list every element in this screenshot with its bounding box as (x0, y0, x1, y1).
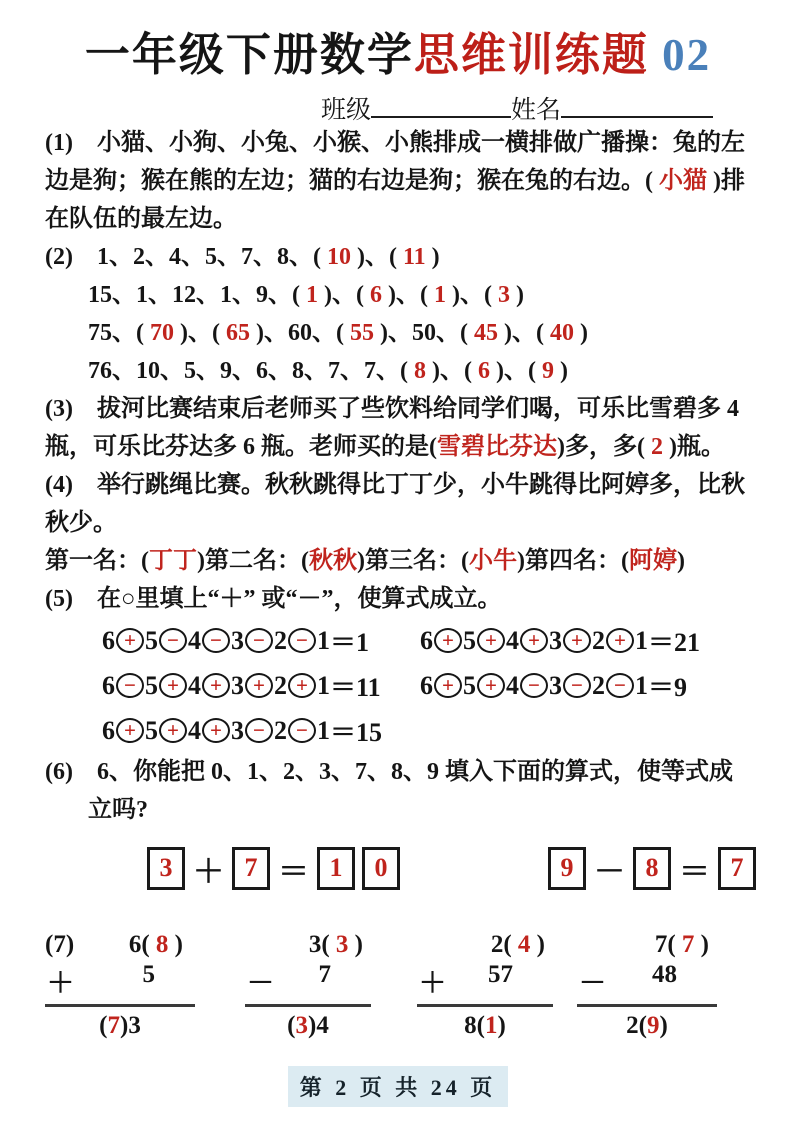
page-title: 一年级下册数学思维训练题 02 (45, 24, 751, 86)
text-run: ) (426, 244, 440, 270)
vertical-problem-4: 7( 7 ) － 48 2( 9 ) (577, 931, 717, 1040)
equation-number: 2 (274, 671, 287, 701)
digit-box-answer: 7 (718, 847, 756, 890)
circled-operator-answer: − (520, 673, 548, 698)
answer-text: 1 (306, 282, 318, 308)
answer-text: 阿婷 (629, 548, 677, 574)
answer-digit: 9 (647, 1012, 660, 1040)
name-blank-line (561, 91, 713, 118)
text-run: )第四名：( (517, 548, 629, 574)
vertical-result-line: ( 7 )3 (45, 1007, 195, 1040)
problem-2-line-3: 75、( 70 )、( 65 )、60、( 55 )、50、( 45 )、( 4… (45, 314, 751, 352)
equation-number: 3 (231, 626, 244, 656)
answer-text: 11 (403, 244, 426, 270)
bottom-operand: 48 (652, 961, 677, 1000)
answer-text: 55 (350, 320, 374, 346)
bottom-operand: 5 (143, 961, 156, 1000)
problem-label: (7) (45, 931, 74, 959)
bottom-operand: 7 (319, 961, 332, 1000)
text-run: )4 (308, 1012, 329, 1040)
equation-number: 5 (463, 671, 476, 701)
equation-number: 6 (420, 671, 433, 701)
circled-operator-answer: + (477, 628, 505, 653)
text-run: )、60、( (250, 320, 350, 346)
text-run: 15、1、12、1、9、( (88, 282, 306, 308)
text-run: ) (348, 931, 363, 958)
operator: ＝ (278, 846, 309, 891)
problem-5: (5) 在○里填上“＋” 或“－”，使算式成立。 6+5−4−3−2−1＝1 6… (45, 580, 751, 753)
student-fields: 班级姓名 (45, 90, 751, 124)
vertical-top-line: 7( 7 ) (577, 931, 717, 959)
equation-number: 6 (102, 716, 115, 746)
equation-number: 1 (317, 626, 330, 656)
digit-box-answer: 1 (317, 847, 355, 890)
answer-text: 65 (226, 320, 250, 346)
problem-5-row-1: 6+5−4−3−2−1＝1 6+5+4+3+2+1＝21 (45, 618, 751, 663)
circled-operator-answer: − (288, 718, 316, 743)
text-run: )、( (382, 282, 434, 308)
circled-operator-answer: + (116, 718, 144, 743)
equation-number: 3 (549, 671, 562, 701)
equation-number: 4 (506, 671, 519, 701)
text-run: ( (287, 1012, 295, 1040)
answer-digit: 1 (485, 1012, 498, 1040)
equation-number: 6 (102, 671, 115, 701)
answer-digit: 3 (296, 1012, 309, 1040)
problem-1: (1) 小猫、小狗、小兔、小猴、小熊排成一横排做广播操：兔的左边是狗；猴在熊的左… (45, 124, 751, 238)
title-topic-part: 思维训练题 (414, 30, 649, 80)
answer-text: 40 (550, 320, 574, 346)
vertical-top-line: (7) 6( 8 ) (45, 931, 195, 959)
problem-2-line-1: (2) 1、2、4、5、7、8、( 10 )、( 11 ) (45, 238, 751, 276)
circled-operator-answer: − (202, 628, 230, 653)
circled-operator-answer: + (288, 673, 316, 698)
text-run: ) (498, 1012, 506, 1040)
text-run: (6) 6、你能把 0、1、2、3、7、8、9 填入下面的算式，使等式成立吗? (45, 759, 733, 823)
text-run: )、( (174, 320, 226, 346)
vertical-problem-1: (7) 6( 8 ) ＋ 5 ( 7 )3 (45, 931, 195, 1040)
vertical-operator-line: ＋ 5 (45, 959, 195, 1007)
equation-number: 1 (317, 716, 330, 746)
circled-operator-answer: + (202, 673, 230, 698)
text-run: ) (554, 358, 568, 384)
circled-operator-answer: − (116, 673, 144, 698)
box-equation-subtraction: 9－8＝7 (548, 846, 756, 891)
vertical-result-line: 8( 1 ) (417, 1007, 553, 1040)
vertical-operator-line: － 7 (245, 959, 371, 1007)
circled-operator-answer: − (288, 628, 316, 653)
class-label: 班级 (321, 97, 371, 124)
equation-number: 2 (274, 716, 287, 746)
text-run: )、( (318, 282, 370, 308)
title-number: 02 (662, 30, 711, 80)
text-run: 6( (129, 931, 156, 958)
answer-text: 小猫 (659, 168, 707, 194)
equation-number: 3 (231, 716, 244, 746)
problem-2: (2) 1、2、4、5、7、8、( 10 )、( 11 ) 15、1、12、1、… (45, 238, 751, 390)
text-run: )第三名：( (357, 548, 469, 574)
circle-equation: 6+5+4−3−2−1＝9 (420, 667, 687, 704)
text-run: )、( (498, 320, 550, 346)
problem-5-row-3: 6+5+4+3−2−1＝15 (45, 708, 751, 753)
vertical-top-line: 3( 3 ) (245, 931, 371, 959)
digit-box-answer: 8 (633, 847, 671, 890)
equation-number: 1 (635, 671, 648, 701)
circle-equation: 6+5−4−3−2−1＝1 (102, 622, 420, 659)
text-run: 第一名：( (45, 548, 149, 574)
circled-operator-answer: + (202, 718, 230, 743)
circled-operator-answer: − (245, 718, 273, 743)
equation-number: 5 (145, 671, 158, 701)
vertical-result-line: 2( 9 ) (577, 1007, 717, 1040)
text-run: (4) 举行跳绳比赛。秋秋跳得比丁丁少，小牛跳得比阿婷多，比秋秋少。 (45, 472, 745, 536)
problem-4: (4) 举行跳绳比赛。秋秋跳得比丁丁少，小牛跳得比阿婷多，比秋秋少。 第一名：(… (45, 466, 751, 580)
problem-5-instruction: (5) 在○里填上“＋” 或“－”，使算式成立。 (45, 580, 751, 618)
equation-number: 2 (592, 626, 605, 656)
answer-text: 3 (498, 282, 510, 308)
answer-text: 8 (414, 358, 426, 384)
circled-operator-answer: + (434, 673, 462, 698)
page-footer: 第 2 页 共 24 页 (45, 1066, 751, 1107)
text-run: )、( (490, 358, 542, 384)
operator: ＋ (419, 961, 446, 1000)
vertical-operator-line: － 48 (577, 959, 717, 1007)
text-run: 7( (655, 931, 682, 958)
answer-text: 丁丁 (149, 548, 197, 574)
title-grade-part: 一年级下册数学 (85, 30, 414, 80)
equation-number: 1 (317, 671, 330, 701)
equation-number: 2 (592, 671, 605, 701)
worksheet-page: 一年级下册数学思维训练题 02 班级姓名 (1) 小猫、小狗、小兔、小猴、小熊排… (0, 0, 793, 1107)
vertical-problem-2: 3( 3 ) － 7 ( 3 )4 (245, 931, 371, 1040)
text-run: ) (660, 1012, 668, 1040)
text-run: ) (694, 931, 709, 958)
equation-number: 4 (188, 716, 201, 746)
text-run: ) (574, 320, 588, 346)
equation-number: 4 (506, 626, 519, 656)
answer-text: 9 (542, 358, 554, 384)
problem-3: (3) 拔河比赛结束后老师买了些饮料给同学们喝，可乐比雪碧多 4 瓶，可乐比芬达… (45, 390, 751, 466)
digit-box-answer: 9 (548, 847, 586, 890)
answer-digit: 7 (682, 931, 695, 958)
circled-operator-answer: + (159, 673, 187, 698)
text-run: ) (510, 282, 524, 308)
text-run: )、50、( (374, 320, 474, 346)
problem-2-line-2: 15、1、12、1、9、( 1 )、( 6 )、( 1 )、( 3 ) (45, 276, 751, 314)
circle-equation: 6+5+4+3−2−1＝15 (102, 712, 420, 749)
operator: ＋ (193, 846, 224, 891)
operator: － (579, 961, 606, 1000)
circled-operator-answer: + (606, 628, 634, 653)
equation-number: 2 (274, 626, 287, 656)
equation-result: ＝15 (330, 712, 382, 749)
bottom-operand: 57 (488, 961, 513, 1000)
box-equation-addition: 3＋7＝10 (147, 846, 400, 891)
text-run: ( (99, 1012, 107, 1040)
circled-operator-answer: + (563, 628, 591, 653)
answer-text: 小牛 (469, 548, 517, 574)
vertical-result-line: ( 3 )4 (245, 1007, 371, 1040)
text-run: ) (530, 931, 545, 958)
circle-equation: 6+5+4+3+2+1＝21 (420, 622, 700, 659)
text-run: )、( (426, 358, 478, 384)
text-run: )3 (120, 1012, 141, 1040)
answer-digit: 8 (156, 931, 169, 958)
circled-operator-answer: + (159, 718, 187, 743)
name-label: 姓名 (511, 97, 561, 124)
digit-box-answer: 3 (147, 847, 185, 890)
vertical-operator-line: ＋ 57 (417, 959, 553, 1007)
text-run: )第二名：( (197, 548, 309, 574)
answer-text: 45 (474, 320, 498, 346)
text-run: 2( (626, 1012, 647, 1040)
circle-equation: 6−5+4+3+2+1＝11 (102, 667, 420, 704)
equation-result: ＝9 (648, 667, 687, 704)
answer-digit: 4 (518, 931, 531, 958)
text-run: )多，多( (557, 434, 651, 460)
equation-number: 1 (635, 626, 648, 656)
circled-operator-answer: − (245, 628, 273, 653)
text-run: 75、( (88, 320, 150, 346)
text-run: 3( (309, 931, 336, 958)
equation-number: 4 (188, 626, 201, 656)
equation-number: 6 (102, 626, 115, 656)
top-operand: 2( 4 ) (491, 931, 545, 959)
problem-6-statement: (6) 6、你能把 0、1、2、3、7、8、9 填入下面的算式，使等式成立吗? (45, 753, 751, 829)
equation-number: 4 (188, 671, 201, 701)
problem-6-equations: 3＋7＝10 9－8＝7 (147, 845, 751, 891)
text-run: (1) 小猫、小狗、小兔、小猴、小熊排成一横排做广播操：兔的左边是狗；猴在熊的左… (45, 130, 745, 194)
text-run: ) (677, 548, 685, 574)
text-run: 76、10、5、9、6、8、7、7、( (88, 358, 414, 384)
operator: － (247, 961, 274, 1000)
equation-result: ＝21 (648, 622, 700, 659)
equation-number: 5 (145, 716, 158, 746)
problem-2-line-4: 76、10、5、9、6、8、7、7、( 8 )、( 6 )、( 9 ) (45, 352, 751, 390)
problem-7: (7) 6( 8 ) ＋ 5 ( 7 )3 3( 3 ) － 7 ( 3 )4 (45, 931, 751, 1040)
text-run: )、( (446, 282, 498, 308)
top-operand: 6( 8 ) (129, 931, 183, 959)
answer-text: 秋秋 (309, 548, 357, 574)
vertical-top-line: 2( 4 ) (417, 931, 553, 959)
answer-text: 10 (327, 244, 351, 270)
class-blank-line (371, 91, 511, 118)
top-operand: 7( 7 ) (655, 931, 709, 959)
digit-box-answer: 7 (232, 847, 270, 890)
vertical-problem-3: 2( 4 ) ＋ 57 8( 1 ) (417, 931, 553, 1040)
operator: － (594, 846, 625, 891)
answer-text: 6 (478, 358, 490, 384)
circled-operator-answer: − (606, 673, 634, 698)
top-operand: 3( 3 ) (309, 931, 363, 959)
circled-operator-answer: + (477, 673, 505, 698)
circled-operator-answer: − (159, 628, 187, 653)
text-run: 2( (491, 931, 518, 958)
operator: ＋ (47, 961, 74, 1000)
problem-5-row-2: 6−5+4+3+2+1＝11 6+5+4−3−2−1＝9 (45, 663, 751, 708)
circled-operator-answer: + (520, 628, 548, 653)
text-run: )瓶。 (663, 434, 725, 460)
answer-text: 1 (434, 282, 446, 308)
problem-6: (6) 6、你能把 0、1、2、3、7、8、9 填入下面的算式，使等式成立吗? … (45, 753, 751, 891)
answer-digit: 7 (108, 1012, 121, 1040)
equation-result: ＝1 (330, 622, 369, 659)
digit-box-answer: 0 (362, 847, 400, 890)
operator: ＝ (679, 846, 710, 891)
circled-operator-answer: + (116, 628, 144, 653)
circled-operator-answer: + (434, 628, 462, 653)
equation-number: 3 (549, 626, 562, 656)
answer-text: 雪碧比芬达 (437, 434, 557, 460)
page-number-badge: 第 2 页 共 24 页 (288, 1066, 509, 1107)
text-run: 8( (464, 1012, 485, 1040)
equation-number: 5 (463, 626, 476, 656)
answer-text: 6 (370, 282, 382, 308)
equation-number: 6 (420, 626, 433, 656)
answer-text: 70 (150, 320, 174, 346)
text-run: )、( (351, 244, 403, 270)
answer-text: 2 (651, 434, 663, 460)
text-run: (2) 1、2、4、5、7、8、( (45, 244, 327, 270)
answer-digit: 3 (336, 931, 349, 958)
equation-number: 5 (145, 626, 158, 656)
equation-number: 3 (231, 671, 244, 701)
equation-result: ＝11 (330, 667, 381, 704)
problem-4-statement: (4) 举行跳绳比赛。秋秋跳得比丁丁少，小牛跳得比阿婷多，比秋秋少。 (45, 466, 751, 542)
circled-operator-answer: + (245, 673, 273, 698)
text-run: (5) 在○里填上“＋” 或“－”，使算式成立。 (45, 586, 501, 612)
text-run: ) (168, 931, 183, 958)
circled-operator-answer: − (563, 673, 591, 698)
problem-4-ranking: 第一名：(丁丁)第二名：(秋秋)第三名：(小牛)第四名：(阿婷) (45, 542, 751, 580)
